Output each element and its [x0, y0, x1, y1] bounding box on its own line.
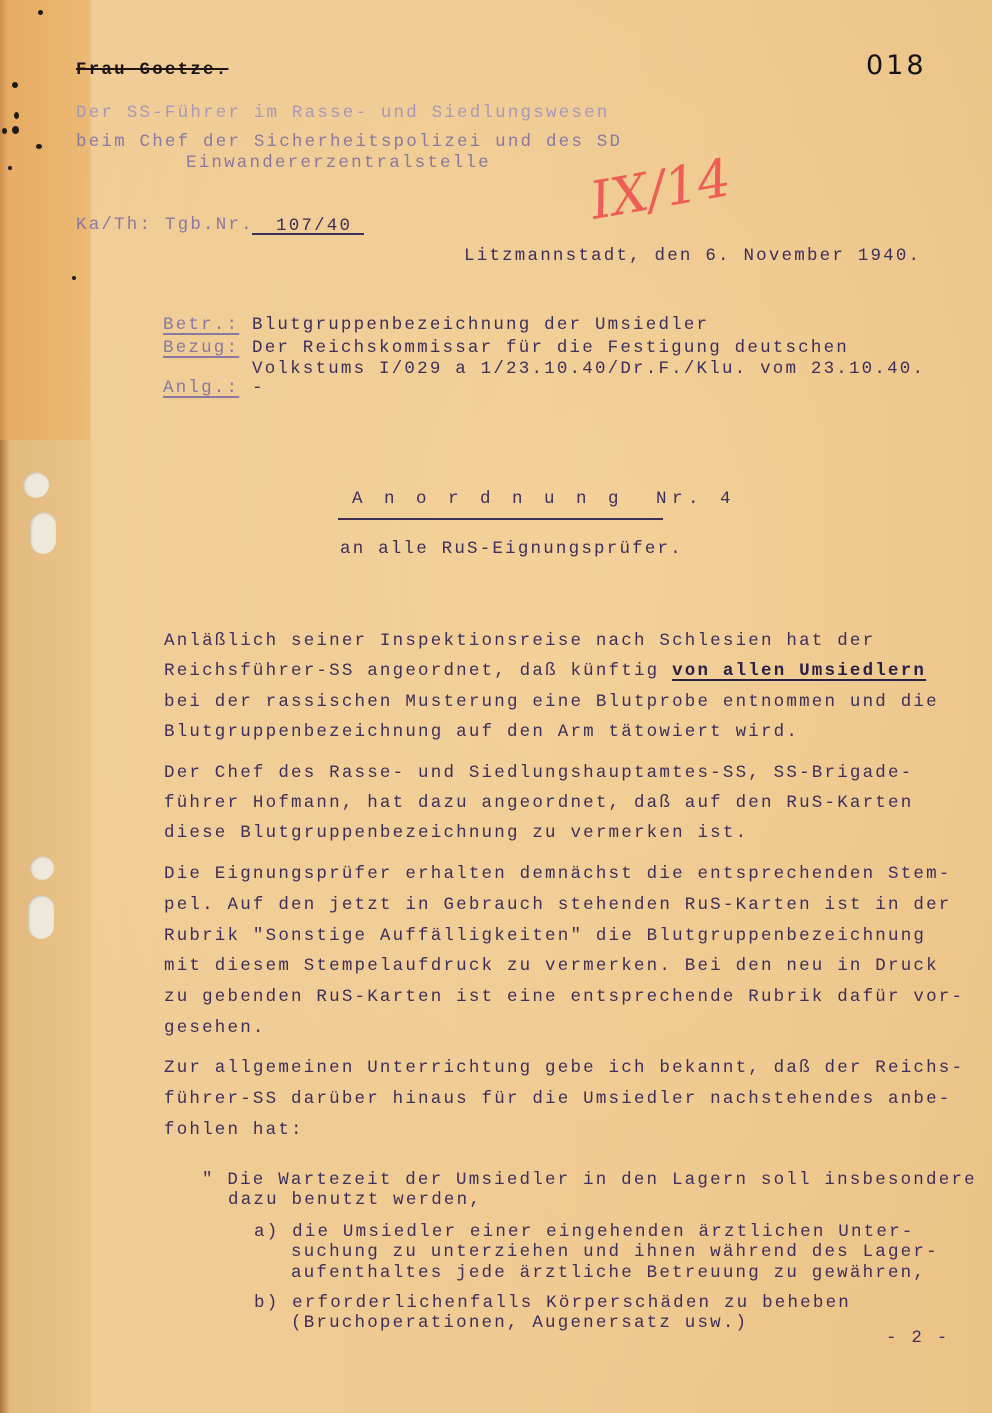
place-date: Litzmannstadt, den 6. November 1940.	[464, 246, 921, 266]
title-underline	[338, 518, 663, 520]
para3-line-1: Die Eignungsprüfer erhalten demnächst di…	[164, 864, 952, 884]
para1-line-2-text: Reichsführer-SS angeordnet, daß künftig	[164, 661, 672, 681]
punch-hole	[28, 895, 54, 939]
punch-hole	[30, 512, 56, 554]
ink-speck	[38, 10, 43, 15]
item-b-line-2: (Bruchoperationen, Augenersatz usw.)	[291, 1313, 748, 1333]
struck-addressee: Frau Goetze.	[76, 60, 228, 80]
para1-line-2: Reichsführer-SS angeordnet, daß künftig …	[164, 661, 926, 681]
para2-line-2: führer Hofmann, hat dazu angeordnet, daß…	[164, 793, 913, 813]
ink-speck	[12, 126, 19, 134]
item-a-line-3: aufenthaltes jede ärztliche Betreuung zu…	[291, 1263, 926, 1283]
betr-label: Betr.:	[163, 315, 239, 335]
punch-hole	[23, 472, 49, 498]
punch-hole	[30, 856, 54, 880]
para3-line-5: zu gebenden RuS-Karten ist eine entsprec…	[164, 987, 964, 1007]
ink-speck	[14, 112, 19, 119]
quote-intro-line-2: dazu benutzt werden,	[228, 1190, 482, 1210]
quote-intro-line-1: " Die Wartezeit der Umsiedler in den Lag…	[202, 1170, 977, 1190]
para2-line-3: diese Blutgruppenbezeichnung zu vermerke…	[164, 823, 748, 843]
order-subtitle: an alle RuS-Eignungsprüfer.	[340, 539, 683, 559]
para3-line-2: pel. Auf den jetzt in Gebrauch stehenden…	[164, 895, 952, 915]
handwritten-red-mark: IX/14	[586, 148, 736, 232]
archive-page-number: 018	[866, 50, 927, 81]
para1-line-3: bei der rassischen Musterung eine Blutpr…	[164, 692, 939, 712]
para1-emphasis: von allen Umsiedlern	[672, 661, 926, 681]
letterhead-line-2: beim Chef der Sicherheitspolizei und des…	[76, 132, 622, 152]
bezug-line-2: Volkstums I/029 a 1/23.10.40/Dr.F./Klu. …	[252, 359, 925, 379]
para3-line-3: Rubrik "Sonstige Auffälligkeiten" die Bl…	[164, 926, 926, 946]
item-b-line-1: b) erforderlichenfalls Körperschäden zu …	[254, 1293, 851, 1313]
para2-line-1: Der Chef des Rasse- und Siedlungshauptam…	[164, 763, 913, 783]
para4-line-3: fohlen hat:	[164, 1120, 304, 1140]
ink-speck	[8, 166, 12, 170]
para4-line-1: Zur allgemeinen Unterrichtung gebe ich b…	[164, 1058, 964, 1078]
para3-line-6: gesehen.	[164, 1018, 266, 1038]
para4-line-2: führer-SS darüber hinaus für die Umsiedl…	[164, 1089, 952, 1109]
item-a-line-2: suchung zu unterziehen und ihnen während…	[291, 1242, 939, 1262]
para1-line-4: Blutgruppenbezeichnung auf den Arm tätow…	[164, 722, 799, 742]
item-a-line-1: a) die Umsiedler einer eingehenden ärztl…	[254, 1222, 915, 1242]
para3-line-4: mit diesem Stempelaufdruck zu vermerken.…	[164, 956, 939, 976]
document-page: 018 IX/14 Frau Goetze. Der SS-Führer im …	[0, 0, 992, 1413]
reference-prefix: Ka/Th: Tgb.Nr.	[76, 215, 254, 235]
ink-speck	[72, 276, 76, 280]
ink-speck	[12, 82, 18, 88]
bezug-label: Bezug:	[163, 338, 239, 358]
letterhead-line-1: Der SS-Führer im Rasse- und Siedlungswes…	[76, 103, 609, 123]
ink-speck	[36, 144, 42, 149]
letterhead-line-3: Einwandererzentralstelle	[186, 153, 491, 173]
betr-text: Blutgruppenbezeichnung der Umsiedler	[252, 315, 709, 335]
ink-speck	[2, 128, 7, 134]
para1-line-1: Anläßlich seiner Inspektionsreise nach S…	[164, 631, 875, 651]
reference-underline	[252, 233, 364, 235]
order-title: A n o r d n u n g Nr. 4	[352, 489, 736, 509]
bezug-line-1: Der Reichskommissar für die Festigung de…	[252, 338, 849, 358]
anlg-label: Anlg.:	[163, 378, 239, 398]
page-continuation: - 2 -	[886, 1328, 950, 1348]
anlg-text: -	[252, 378, 265, 398]
